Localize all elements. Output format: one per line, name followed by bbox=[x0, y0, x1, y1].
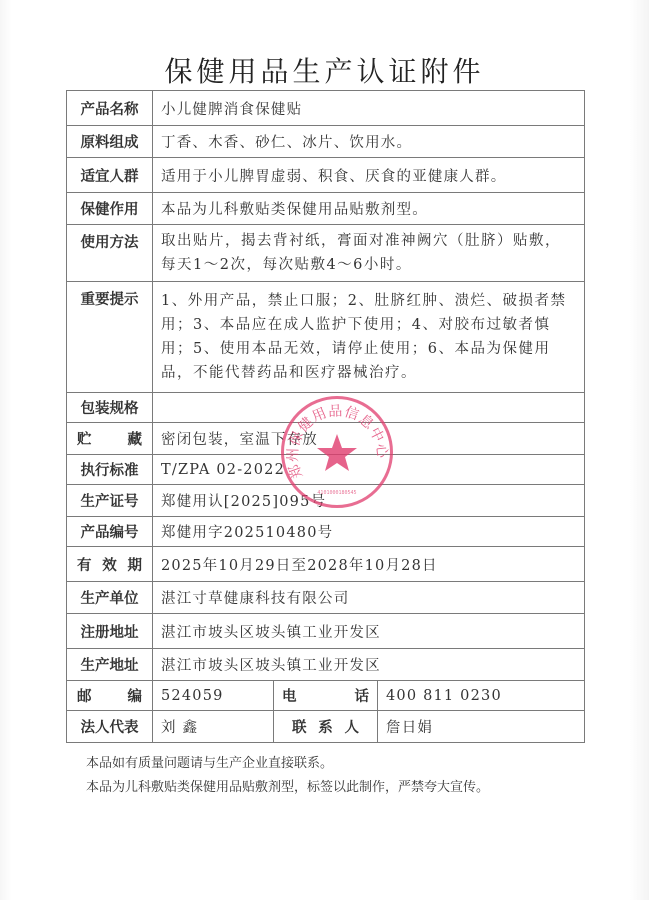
row-function: 保健作用 本品为儿科敷贴类保健用品贴敷剂型。 bbox=[67, 193, 585, 225]
label-warnings: 重要提示 bbox=[67, 282, 153, 393]
label-standard: 执行标准 bbox=[67, 455, 153, 485]
row-target-group: 适宜人群 适用于小儿脾胃虚弱、积食、厌食的亚健康人群。 bbox=[67, 158, 585, 193]
value-validity: 2025年10月29日至2028年10月28日 bbox=[153, 547, 585, 582]
label-legal-rep: 法人代表 bbox=[67, 711, 153, 743]
certificate-page: 保健用品生产认证附件 产品名称 小儿健脾消食保健贴 原料组成 丁香、木香、砂仁、… bbox=[0, 0, 649, 900]
value-warnings: 1、外用产品，禁止口服；2、肚脐红肿、溃烂、破损者禁用；3、本品应在成人监护下使… bbox=[153, 282, 585, 393]
row-postcode-phone: 邮编 524059 电话 400 811 0230 bbox=[67, 681, 585, 711]
value-usage: 取出贴片，揭去背衬纸，膏面对准神阙穴（肚脐）贴敷，每天1～2次，每次贴敷4～6小… bbox=[153, 225, 585, 282]
row-storage: 贮藏 密闭包装，室温下存放 bbox=[67, 423, 585, 455]
label-product-number: 产品编号 bbox=[67, 517, 153, 547]
certificate-table: 产品名称 小儿健脾消食保健贴 原料组成 丁香、木香、砂仁、冰片、饮用水。 适宜人… bbox=[66, 90, 585, 743]
document-title: 保健用品生产认证附件 bbox=[0, 50, 649, 90]
value-production-address: 湛江市坡头区坡头镇工业开发区 bbox=[153, 649, 585, 681]
row-standard: 执行标准 T/ZPA 02-2022 bbox=[67, 455, 585, 485]
row-manufacturer: 生产单位 湛江寸草健康科技有限公司 bbox=[67, 582, 585, 614]
footnotes: 本品如有质量问题请与生产企业直接联系。 本品为儿科敷贴类保健用品贴敷剂型，标签以… bbox=[86, 752, 489, 800]
row-registered-address: 注册地址 湛江市坡头区坡头镇工业开发区 bbox=[67, 614, 585, 649]
value-product-number: 郑健用字202510480号 bbox=[153, 517, 585, 547]
value-contact: 詹日娟 bbox=[378, 711, 585, 743]
label-storage: 贮藏 bbox=[67, 423, 153, 455]
value-legal-rep: 刘 鑫 bbox=[153, 711, 274, 743]
row-packaging: 包装规格 bbox=[67, 393, 585, 423]
label-validity: 有效期 bbox=[67, 547, 153, 582]
value-target-group: 适用于小儿脾胃虚弱、积食、厌食的亚健康人群。 bbox=[153, 158, 585, 193]
label-phone: 电话 bbox=[274, 681, 378, 711]
label-usage: 使用方法 bbox=[67, 225, 153, 282]
row-production-address: 生产地址 湛江市坡头区坡头镇工业开发区 bbox=[67, 649, 585, 681]
label-registered-address: 注册地址 bbox=[67, 614, 153, 649]
label-ingredients: 原料组成 bbox=[67, 126, 153, 158]
value-function: 本品为儿科敷贴类保健用品贴敷剂型。 bbox=[153, 193, 585, 225]
label-production-cert: 生产证号 bbox=[67, 485, 153, 517]
value-packaging bbox=[153, 393, 585, 423]
row-product-name: 产品名称 小儿健脾消食保健贴 bbox=[67, 91, 585, 126]
row-usage: 使用方法 取出贴片，揭去背衬纸，膏面对准神阙穴（肚脐）贴敷，每天1～2次，每次贴… bbox=[67, 225, 585, 282]
label-production-address: 生产地址 bbox=[67, 649, 153, 681]
value-manufacturer: 湛江寸草健康科技有限公司 bbox=[153, 582, 585, 614]
value-product-name: 小儿健脾消食保健贴 bbox=[153, 91, 585, 126]
row-product-number: 产品编号 郑健用字202510480号 bbox=[67, 517, 585, 547]
value-storage: 密闭包装，室温下存放 bbox=[153, 423, 585, 455]
label-product-name: 产品名称 bbox=[67, 91, 153, 126]
label-manufacturer: 生产单位 bbox=[67, 582, 153, 614]
footnote-quality: 本品如有质量问题请与生产企业直接联系。 bbox=[86, 752, 489, 776]
footnote-labeling: 本品为儿科敷贴类保健用品贴敷剂型，标签以此制作，严禁夸大宣传。 bbox=[86, 776, 489, 800]
row-validity: 有效期 2025年10月29日至2028年10月28日 bbox=[67, 547, 585, 582]
label-target-group: 适宜人群 bbox=[67, 158, 153, 193]
label-postcode: 邮编 bbox=[67, 681, 153, 711]
value-registered-address: 湛江市坡头区坡头镇工业开发区 bbox=[153, 614, 585, 649]
value-production-cert: 郑健用认[2025]095号 bbox=[153, 485, 585, 517]
row-legal-contact: 法人代表 刘 鑫 联系人 詹日娟 bbox=[67, 711, 585, 743]
row-warnings: 重要提示 1、外用产品，禁止口服；2、肚脐红肿、溃烂、破损者禁用；3、本品应在成… bbox=[67, 282, 585, 393]
value-phone: 400 811 0230 bbox=[378, 681, 585, 711]
label-packaging: 包装规格 bbox=[67, 393, 153, 423]
row-ingredients: 原料组成 丁香、木香、砂仁、冰片、饮用水。 bbox=[67, 126, 585, 158]
row-production-cert: 生产证号 郑健用认[2025]095号 bbox=[67, 485, 585, 517]
value-ingredients: 丁香、木香、砂仁、冰片、饮用水。 bbox=[153, 126, 585, 158]
value-postcode: 524059 bbox=[153, 681, 274, 711]
label-contact: 联系人 bbox=[274, 711, 378, 743]
label-function: 保健作用 bbox=[67, 193, 153, 225]
value-standard: T/ZPA 02-2022 bbox=[153, 455, 585, 485]
